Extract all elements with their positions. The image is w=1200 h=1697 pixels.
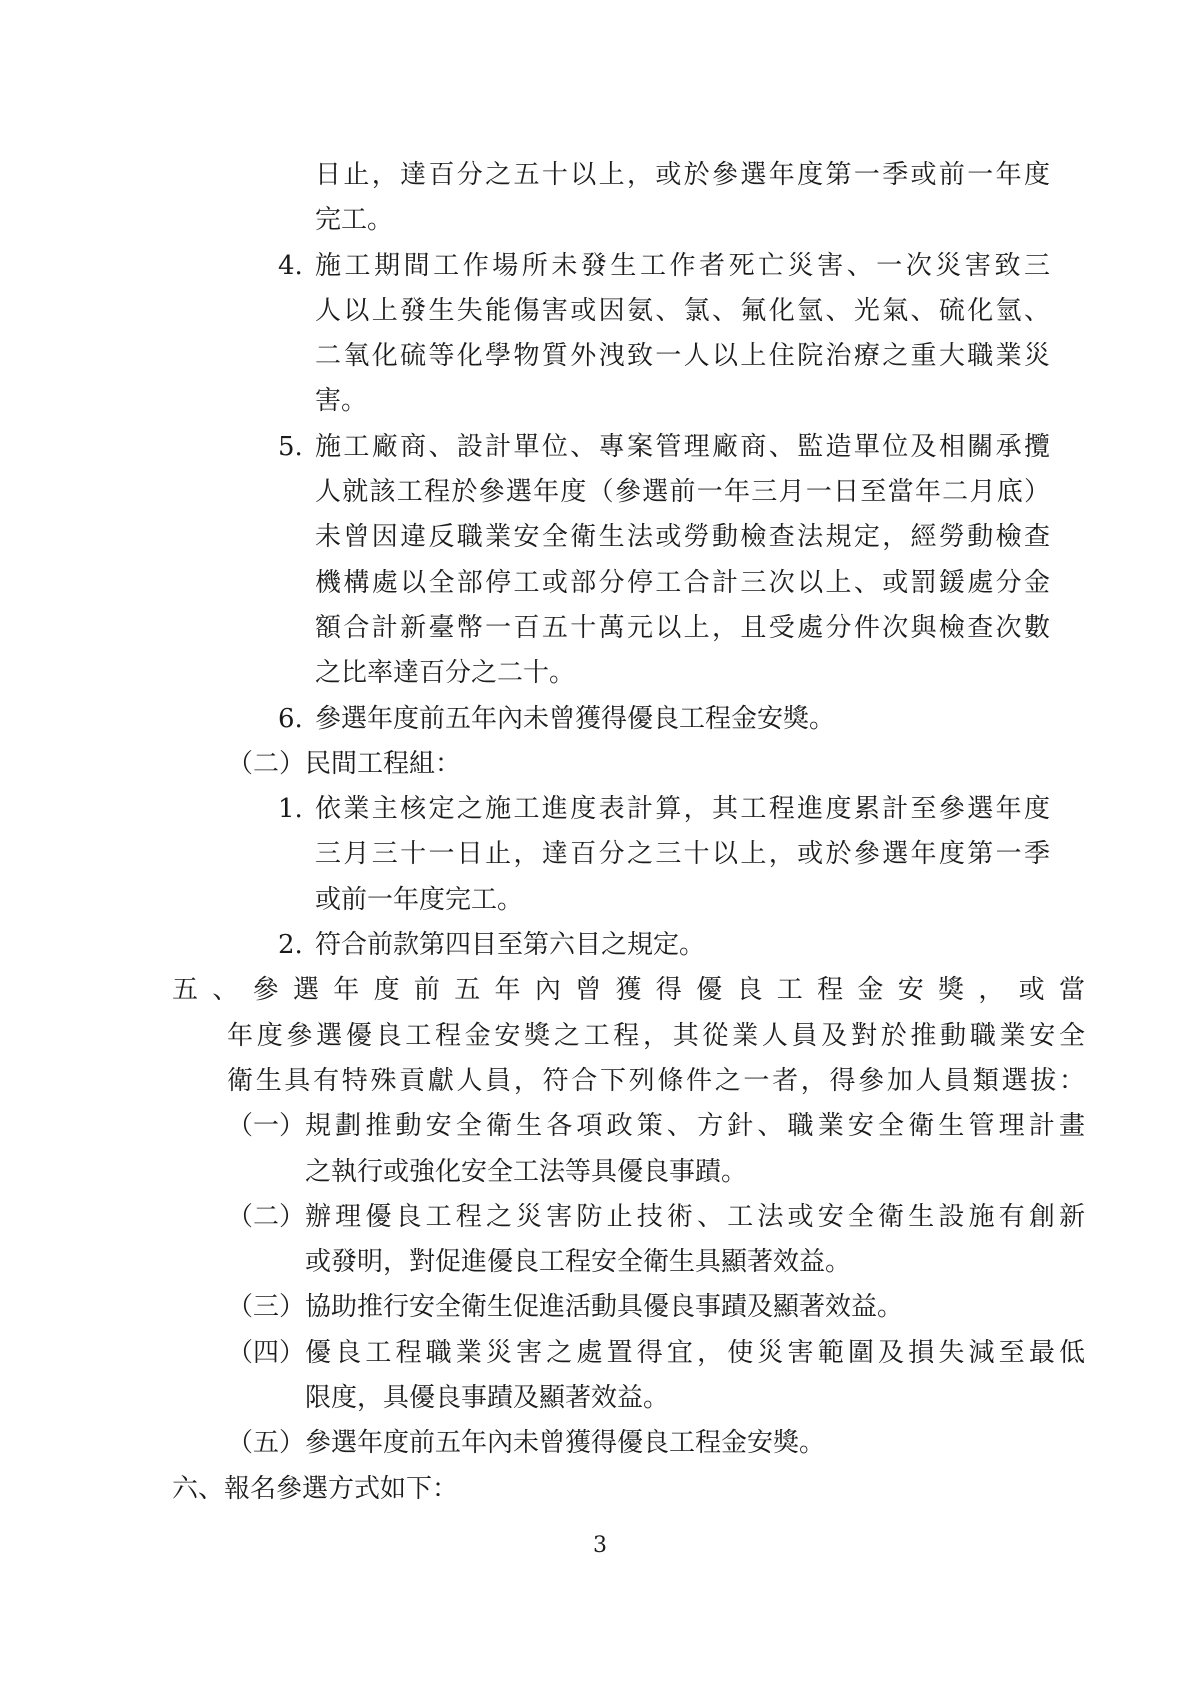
list-marker: （一） bbox=[227, 1104, 305, 1149]
text-line: （三）協助推行安全衛生促進活動具優良事蹟及顯著效益。 bbox=[227, 1285, 1200, 1330]
text-line: （一）規劃推動安全衛生各項政策、方針、職業安全衛生管理計畫 bbox=[227, 1104, 1085, 1149]
list-marker: （三） bbox=[227, 1285, 305, 1330]
text-line: 人就該工程於參選年度（參選前一年三月一日至當年二月底） bbox=[315, 470, 1050, 515]
line-text: 符合前款第四目至第六目之規定。 bbox=[315, 923, 705, 968]
text-line: 之執行或強化安全工法等具優良事蹟。 bbox=[305, 1150, 1200, 1195]
line-text: 之比率達百分之二十。 bbox=[315, 651, 575, 696]
text-line: 限度，具優良事蹟及顯著效益。 bbox=[305, 1376, 1200, 1421]
line-text: 優良工程職業災害之處置得宜，使災害範圍及損失減至最低 bbox=[305, 1331, 1085, 1376]
text-line: 未曾因違反職業安全衛生法或勞動檢查法規定，經勞動檢查 bbox=[315, 515, 1050, 560]
line-text: 五、參選年度前五年內曾獲得優良工程金安獎，或當 bbox=[172, 968, 1085, 1013]
text-line: （二）辦理優良工程之災害防止技術、工法或安全衛生設施有創新 bbox=[227, 1195, 1085, 1240]
list-marker: 1. bbox=[278, 787, 315, 832]
text-line: 完工。 bbox=[315, 198, 1200, 243]
text-line: 5.施工廠商、設計單位、專案管理廠商、監造單位及相關承攬 bbox=[278, 425, 1050, 470]
line-text: 人就該工程於參選年度（參選前一年三月一日至當年二月底） bbox=[315, 470, 1050, 515]
list-marker: 2. bbox=[278, 923, 315, 968]
line-text: 日止，達百分之五十以上，或於參選年度第一季或前一年度 bbox=[315, 153, 1050, 198]
line-text: 規劃推動安全衛生各項政策、方針、職業安全衛生管理計畫 bbox=[305, 1104, 1085, 1149]
text-line: 人以上發生失能傷害或因氨、氯、氟化氫、光氣、硫化氫、 bbox=[315, 289, 1050, 334]
line-text: 額合計新臺幣一百五十萬元以上，且受處分件次與檢查次數 bbox=[315, 606, 1050, 651]
line-text: 衛生具有特殊貢獻人員，符合下列條件之一者，得參加人員類選拔： bbox=[227, 1059, 1085, 1104]
line-text: 完工。 bbox=[315, 198, 393, 243]
text-line: 或發明，對促進優良工程安全衛生具顯著效益。 bbox=[305, 1240, 1200, 1285]
text-line: 之比率達百分之二十。 bbox=[315, 651, 1200, 696]
list-marker: 六、 bbox=[172, 1467, 224, 1512]
text-line: 日止，達百分之五十以上，或於參選年度第一季或前一年度 bbox=[315, 153, 1050, 198]
line-text: 未曾因違反職業安全衛生法或勞動檢查法規定，經勞動檢查 bbox=[315, 515, 1050, 560]
text-line: 二氧化硫等化學物質外洩致一人以上住院治療之重大職業災 bbox=[315, 334, 1050, 379]
document-body: 日止，達百分之五十以上，或於參選年度第一季或前一年度完工。4.施工期間工作場所未… bbox=[0, 153, 1200, 1512]
text-line: 6.參選年度前五年內未曾獲得優良工程金安獎。 bbox=[278, 697, 1200, 742]
text-line: 五、參選年度前五年內曾獲得優良工程金安獎，或當 bbox=[172, 968, 1085, 1013]
line-text: 機構處以全部停工或部分停工合計三次以上、或罰鍰處分金 bbox=[315, 561, 1050, 606]
line-text: 報名參選方式如下： bbox=[224, 1467, 458, 1512]
text-line: 4.施工期間工作場所未發生工作者死亡災害、一次災害致三 bbox=[278, 244, 1050, 289]
text-line: 衛生具有特殊貢獻人員，符合下列條件之一者，得參加人員類選拔： bbox=[227, 1059, 1085, 1104]
text-line: 1.依業主核定之施工進度表計算，其工程進度累計至參選年度 bbox=[278, 787, 1050, 832]
line-text: 施工期間工作場所未發生工作者死亡災害、一次災害致三 bbox=[315, 244, 1050, 289]
text-line: 或前一年度完工。 bbox=[315, 878, 1200, 923]
list-marker: （二） bbox=[227, 1195, 305, 1240]
line-text: 參選年度前五年內未曾獲得優良工程金安獎。 bbox=[315, 697, 835, 742]
line-text: 二氧化硫等化學物質外洩致一人以上住院治療之重大職業災 bbox=[315, 334, 1050, 379]
line-text: 依業主核定之施工進度表計算，其工程進度累計至參選年度 bbox=[315, 787, 1050, 832]
text-line: 機構處以全部停工或部分停工合計三次以上、或罰鍰處分金 bbox=[315, 561, 1050, 606]
text-line: （五）參選年度前五年內未曾獲得優良工程金安獎。 bbox=[227, 1421, 1200, 1466]
line-text: 辦理優良工程之災害防止技術、工法或安全衛生設施有創新 bbox=[305, 1195, 1085, 1240]
line-text: 協助推行安全衛生促進活動具優良事蹟及顯著效益。 bbox=[305, 1285, 903, 1330]
list-marker: （二） bbox=[227, 742, 305, 787]
list-marker: 5. bbox=[278, 425, 315, 470]
text-line: 六、報名參選方式如下： bbox=[172, 1467, 1200, 1512]
line-text: 害。 bbox=[315, 379, 367, 424]
text-line: 三月三十一日止，達百分之三十以上，或於參選年度第一季 bbox=[315, 832, 1050, 877]
list-marker: （五） bbox=[227, 1421, 305, 1466]
text-line: 害。 bbox=[315, 379, 1200, 424]
line-text: 民間工程組： bbox=[305, 742, 461, 787]
list-marker: 4. bbox=[278, 244, 315, 289]
line-text: 年度參選優良工程金安獎之工程，其從業人員及對於推動職業安全 bbox=[227, 1014, 1085, 1059]
text-line: （四）優良工程職業災害之處置得宜，使災害範圍及損失減至最低 bbox=[227, 1331, 1085, 1376]
page-number: 3 bbox=[0, 1531, 1200, 1561]
list-marker: 6. bbox=[278, 697, 315, 742]
line-text: 或前一年度完工。 bbox=[315, 878, 523, 923]
text-line: 年度參選優良工程金安獎之工程，其從業人員及對於推動職業安全 bbox=[227, 1014, 1085, 1059]
document-page: 日止，達百分之五十以上，或於參選年度第一季或前一年度完工。4.施工期間工作場所未… bbox=[0, 0, 1200, 1697]
line-text: 參選年度前五年內未曾獲得優良工程金安獎。 bbox=[305, 1421, 825, 1466]
list-marker: （四） bbox=[227, 1331, 305, 1376]
line-text: 之執行或強化安全工法等具優良事蹟。 bbox=[305, 1150, 747, 1195]
text-line: 2.符合前款第四目至第六目之規定。 bbox=[278, 923, 1200, 968]
line-text: 限度，具優良事蹟及顯著效益。 bbox=[305, 1376, 669, 1421]
text-line: （二）民間工程組： bbox=[227, 742, 1200, 787]
line-text: 或發明，對促進優良工程安全衛生具顯著效益。 bbox=[305, 1240, 851, 1285]
line-text: 三月三十一日止，達百分之三十以上，或於參選年度第一季 bbox=[315, 832, 1050, 877]
line-text: 施工廠商、設計單位、專案管理廠商、監造單位及相關承攬 bbox=[315, 425, 1050, 470]
text-line: 額合計新臺幣一百五十萬元以上，且受處分件次與檢查次數 bbox=[315, 606, 1050, 651]
line-text: 人以上發生失能傷害或因氨、氯、氟化氫、光氣、硫化氫、 bbox=[315, 289, 1050, 334]
